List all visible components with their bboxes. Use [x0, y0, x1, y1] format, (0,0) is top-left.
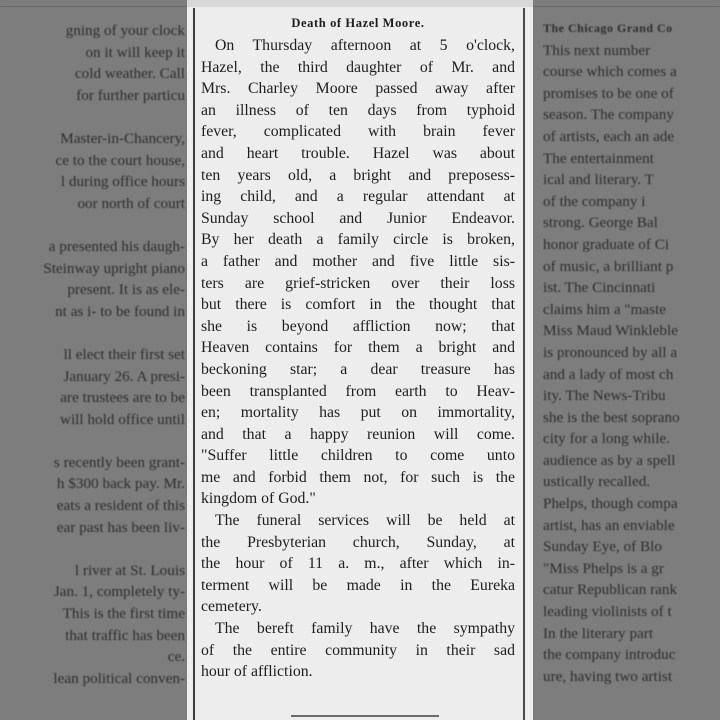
left-column-line: l river at St. Louis — [0, 560, 186, 582]
right-column-line: leading violinists of t — [533, 601, 720, 623]
left-column-line: January 26. A presi- — [0, 366, 186, 388]
article-line: been transplanted from earth to Heav- — [201, 381, 515, 403]
article-line: and that a happy reunion will come. — [201, 424, 515, 446]
left-column-line: that traffic has been — [0, 625, 186, 647]
column-rule-right — [523, 8, 525, 720]
article-line: en; mortality has put on immortality, — [201, 402, 515, 424]
right-column-headline: The Chicago Grand Co — [533, 18, 720, 40]
right-column-line: Phelps, though compa — [533, 493, 720, 515]
right-column-line: of music, a brilliant p — [533, 256, 720, 278]
article-line: an illness of ten days from typhoid — [201, 100, 515, 122]
article-clipping: Death of Hazel Moore. On Thursday aftern… — [187, 0, 533, 720]
left-column-line: lean political conven- — [0, 668, 186, 690]
article-line: cemetery. — [201, 596, 515, 618]
right-column-line: ustically recalled. — [533, 471, 720, 493]
article-line: but there is comfort in the thought that — [201, 294, 515, 316]
left-column-line: ll elect their first set — [0, 344, 186, 366]
article-line: ten years old, a bright and preposess- — [201, 165, 515, 187]
article-line: On Thursday afternoon at 5 o'clock, — [201, 35, 515, 57]
right-newspaper-column: The Chicago Grand CoThis next numbercour… — [533, 0, 720, 720]
left-column-line: for further particu — [0, 85, 186, 107]
right-column-line: strong. George Bal — [533, 212, 720, 234]
article-body: On Thursday afternoon at 5 o'clock,Hazel… — [201, 35, 515, 683]
left-column-line: Master-in-Chancery, — [0, 128, 186, 150]
right-column-line: claims him a "maste — [533, 299, 720, 321]
article-line: the hour of 11 a. m., after which in- — [201, 553, 515, 575]
article-line: ing child, and a regular attendant at — [201, 186, 515, 208]
left-column-line — [0, 106, 186, 128]
right-column-line: artist, has an enviable — [533, 515, 720, 537]
article-line: hour of affliction. — [201, 661, 515, 683]
article-headline: Death of Hazel Moore. — [201, 13, 515, 34]
article-end-rule — [291, 715, 439, 717]
right-column-line: ity. The News-Tribu — [533, 385, 720, 407]
article-line: "Suffer little children to come unto — [201, 445, 515, 467]
right-column-line: Miss Maud Winkleble — [533, 320, 720, 342]
article-line: me and forbid them not, for such is the — [201, 467, 515, 489]
right-column-line: catur Republican rank — [533, 579, 720, 601]
left-column-line: s recently been grant- — [0, 452, 186, 474]
article-line: ters are grief-stricken over their loss — [201, 273, 515, 295]
left-column-line: eats a resident of this — [0, 495, 186, 517]
article-line: The bereft family have the sympathy — [201, 618, 515, 640]
clipping-top-edge — [187, 0, 533, 7]
right-column-line: she is the best soprano — [533, 407, 720, 429]
article-line: she is beyond affliction now; that — [201, 316, 515, 338]
right-column-line: ist. The Cincinnati — [533, 277, 720, 299]
left-column-line: oor north of court — [0, 193, 186, 215]
right-column-line: ical and literary. T — [533, 169, 720, 191]
right-column-line: season. The company — [533, 104, 720, 126]
left-column-line: l during office hours — [0, 171, 186, 193]
right-column-line: This next number — [533, 40, 720, 62]
right-column-line: ure, having two artist — [533, 666, 720, 688]
left-column-line: ce to the court house, — [0, 150, 186, 172]
article-line: kingdom of God." — [201, 488, 515, 510]
left-column-line: Steinway upright piano — [0, 258, 186, 280]
right-column-line: honor graduate of Ci — [533, 234, 720, 256]
article-line: terment will be made in the Eureka — [201, 575, 515, 597]
left-column-line: gning of your clock — [0, 20, 186, 42]
right-column-line: the company introduc — [533, 644, 720, 666]
left-column-line — [0, 322, 186, 344]
article-line: of the entire community in their sad — [201, 640, 515, 662]
article-line: fever, complicated with brain fever — [201, 121, 515, 143]
left-column-line: present. It is as ele- — [0, 279, 186, 301]
right-column-line: Sunday Eye, of Blo — [533, 536, 720, 558]
left-column-line: Jan. 1, completely ty- — [0, 581, 186, 603]
left-column-line: are trustees are to be — [0, 387, 186, 409]
article-line: Hazel, the third daughter of Mr. and — [201, 57, 515, 79]
article-line: The funeral services will be held at — [201, 510, 515, 532]
right-column-line: and a lady of most ch — [533, 364, 720, 386]
right-column-line: of artists, each an ade — [533, 126, 720, 148]
right-column-line: audience as by a spell — [533, 450, 720, 472]
article-line: Mrs. Charley Moore passed away after — [201, 78, 515, 100]
left-column-line — [0, 214, 186, 236]
right-column-line: promises to be one of — [533, 83, 720, 105]
right-column-line: The entertainment — [533, 148, 720, 170]
article-line: the Presbyterian church, Sunday, at — [201, 532, 515, 554]
left-column-line: cold weather. Call — [0, 63, 186, 85]
right-column-line: "Miss Phelps is a gr — [533, 558, 720, 580]
left-column-line — [0, 538, 186, 560]
article-line: Heaven contains for them a bright and — [201, 337, 515, 359]
right-column-line: course which comes a — [533, 61, 720, 83]
article-line: Sunday school and Junior Endeavor. — [201, 208, 515, 230]
left-newspaper-column: gning of your clockon it will keep itcol… — [0, 0, 186, 720]
left-column-line: ear past has been liv- — [0, 517, 186, 539]
left-column-line: h $300 back pay. Mr. — [0, 473, 186, 495]
right-column-line: city for a long while. — [533, 428, 720, 450]
right-column-line: In the literary part — [533, 623, 720, 645]
left-column-line: a presented his daugh- — [0, 236, 186, 258]
article-line: a father and mother and five little sis- — [201, 251, 515, 273]
right-column-line: of the company i — [533, 191, 720, 213]
left-column-line — [0, 430, 186, 452]
article-line: By her death a family circle is broken, — [201, 229, 515, 251]
left-column-line: ce. — [0, 646, 186, 668]
left-column-line: will hold office until — [0, 409, 186, 431]
column-rule-left — [193, 8, 195, 720]
article-line: beckoning star; a dear treasure has — [201, 359, 515, 381]
left-column-line: nt as i- to be found in — [0, 301, 186, 323]
obituary-article: Death of Hazel Moore. On Thursday aftern… — [201, 13, 515, 683]
left-column-line: on it will keep it — [0, 42, 186, 64]
left-column-line: This is the first time — [0, 603, 186, 625]
right-column-line: is pronounced by all a — [533, 342, 720, 364]
article-line: and heart trouble. Hazel was about — [201, 143, 515, 165]
